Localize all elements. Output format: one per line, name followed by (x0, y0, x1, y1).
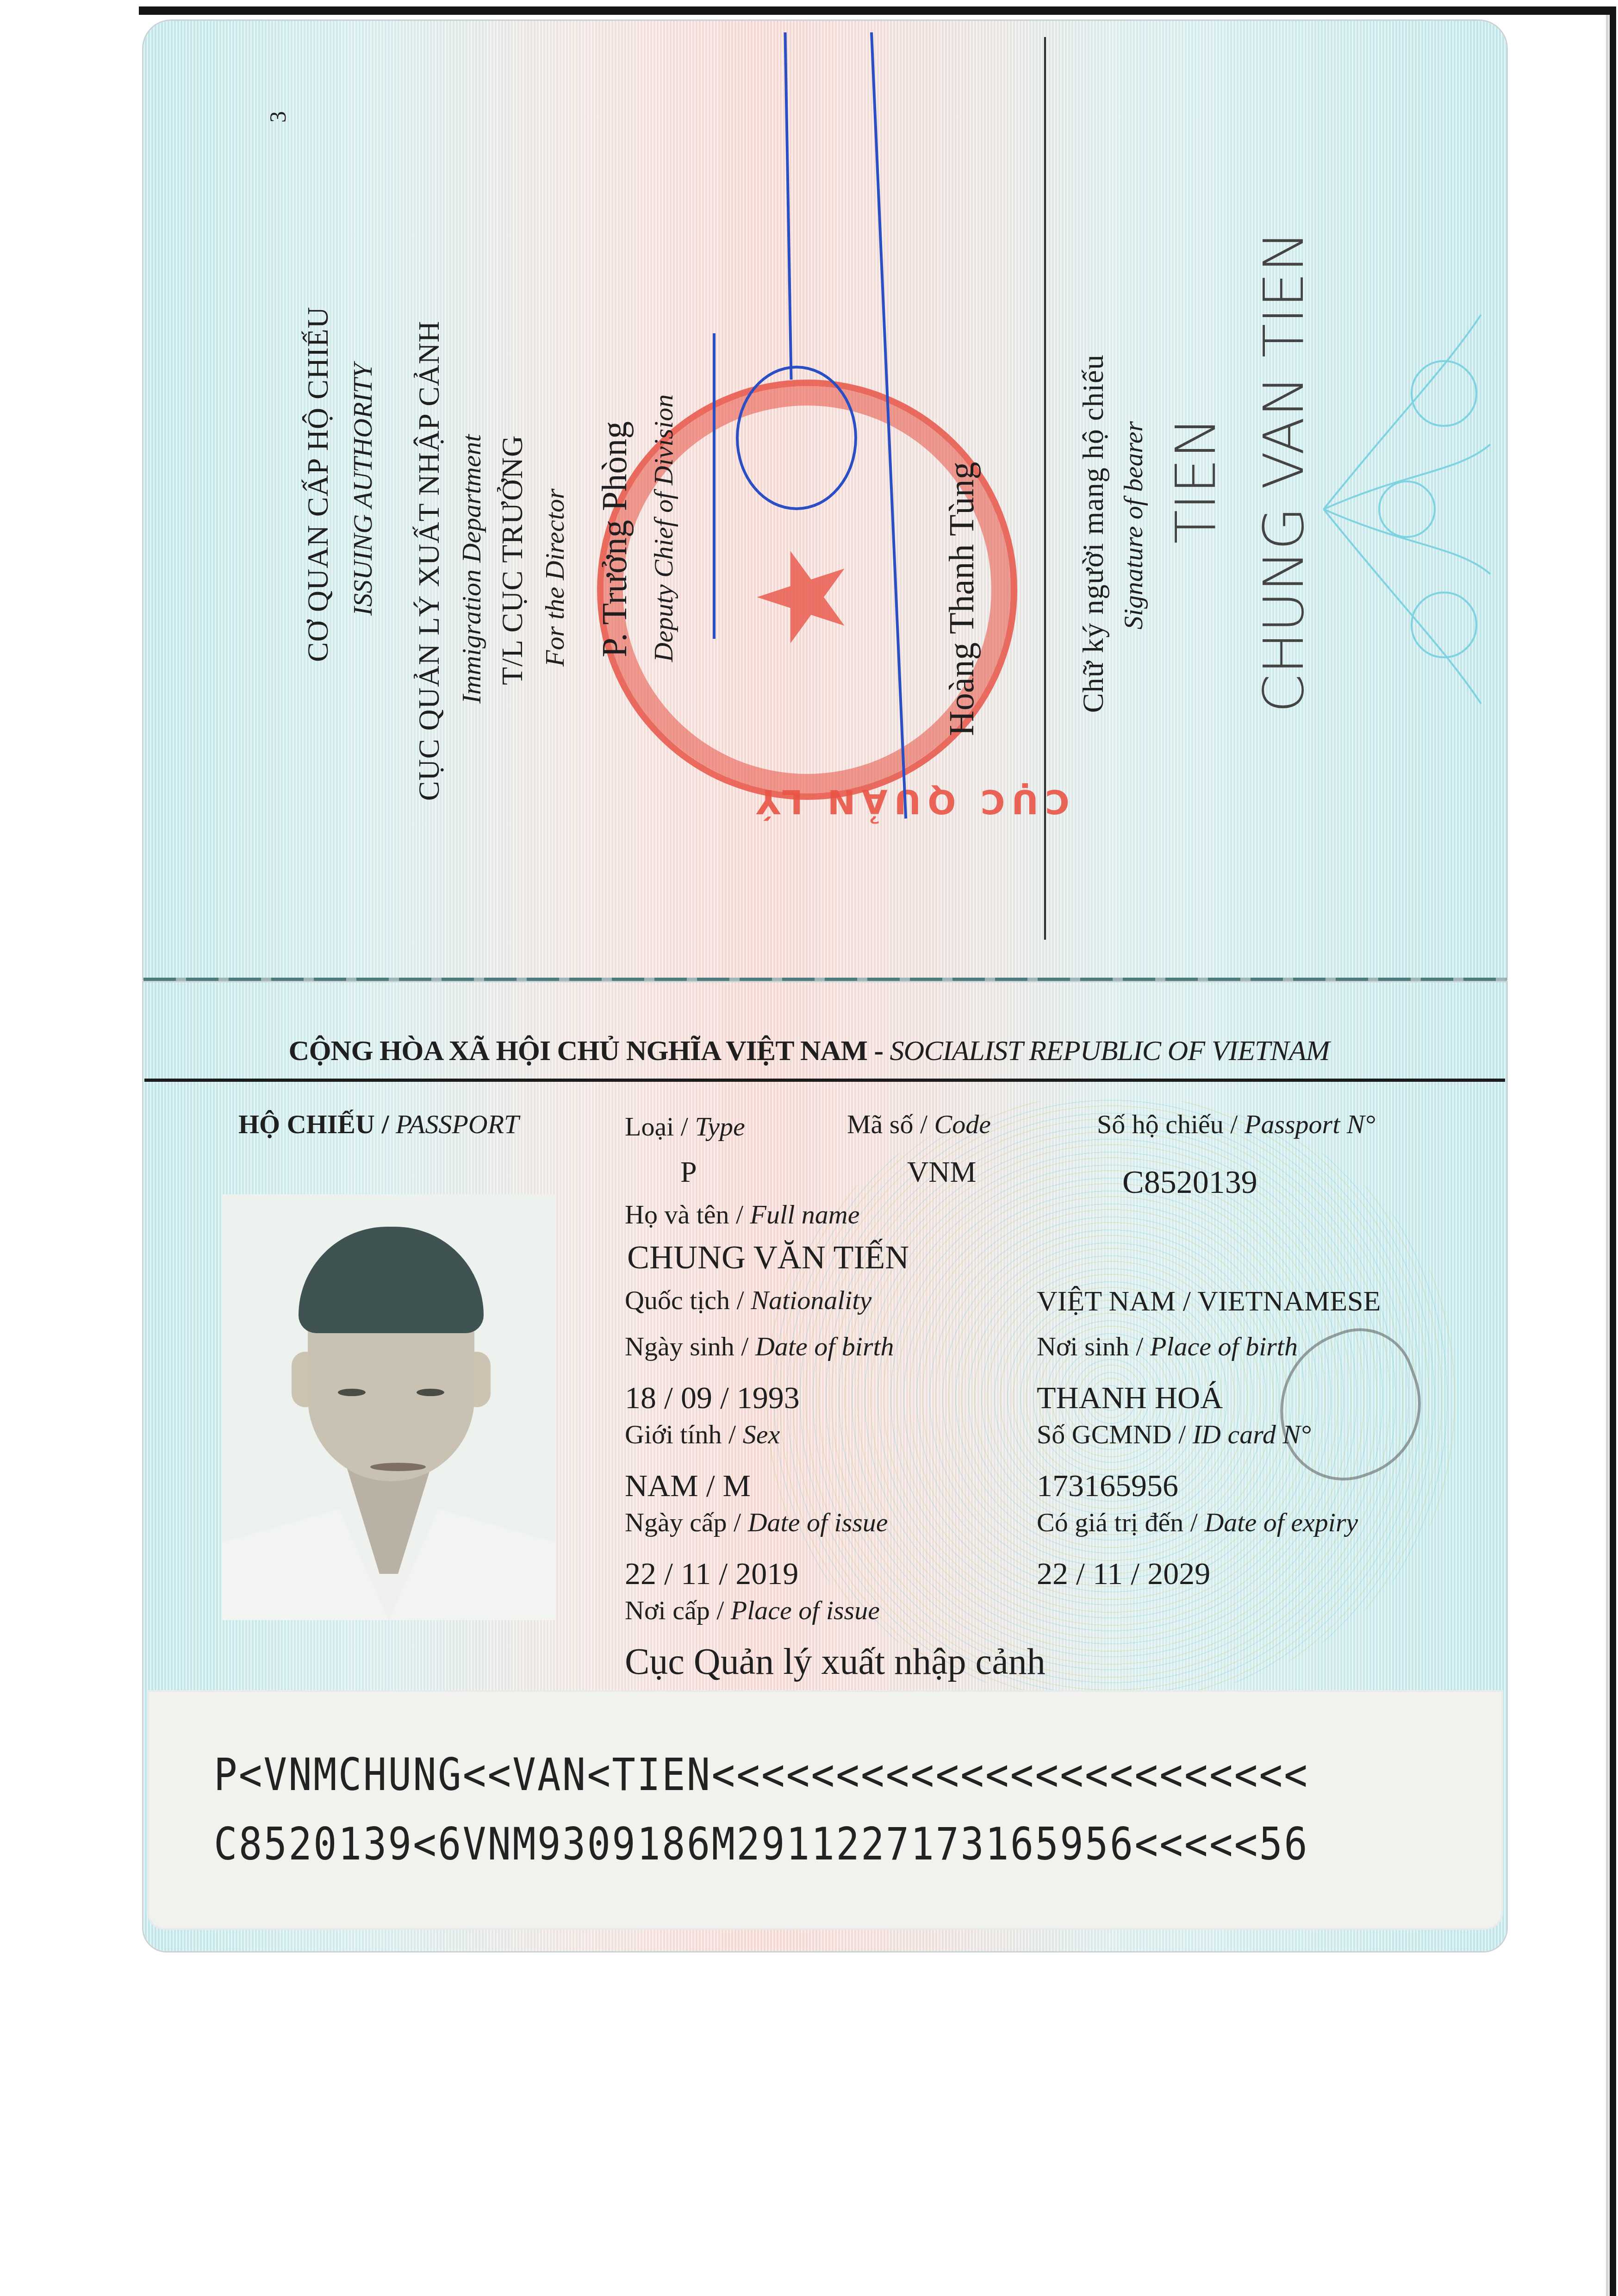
authority-name-vn: CỤC QUẢN LÝ XUẤT NHẬP CẢNH (414, 320, 444, 801)
passport-no-label: Số hộ chiếu / Passport N° (1097, 1111, 1375, 1138)
type-label: Loại / Type (625, 1113, 745, 1140)
mrz-zone (149, 1692, 1501, 1928)
place-of-birth-value: THANH HOÁ (1037, 1382, 1223, 1413)
official-title-en: Deputy Chief of Division (650, 394, 677, 662)
sex-value: NAM / M (625, 1470, 751, 1501)
bearer-signature-short: TIEN (1169, 417, 1224, 544)
country-header: CỘNG HÒA XÃ HỘI CHỦ NGHĨA VIỆT NAM - SOC… (0, 1035, 1618, 1067)
stamp-star-icon: ★ (744, 543, 864, 651)
page-number: 3 (266, 111, 289, 123)
header-rule (144, 1079, 1505, 1082)
official-title-vn: P. Trưởng Phòng (597, 421, 632, 657)
id-card-label: Số GCMND / ID card N° (1037, 1421, 1311, 1448)
document-label: HỘ CHIẾU / PASSPORT (238, 1111, 519, 1138)
lotus-watermark-icon (1305, 278, 1500, 741)
scan-border-top (139, 6, 1616, 15)
place-of-issue-value: Cục Quản lý xuất nhập cảnh (625, 1643, 1045, 1680)
on-behalf-en: For the Director (541, 489, 568, 667)
date-of-issue-value: 22 / 11 / 2019 (625, 1558, 798, 1589)
code-value: VNM (907, 1157, 976, 1187)
bearer-signature-full: CHUNG VAN TIEN (1257, 231, 1312, 713)
date-of-issue-label: Ngày cấp / Date of issue (625, 1509, 888, 1536)
nationality-value: VIỆT NAM / VIETNAMESE (1037, 1287, 1381, 1316)
place-of-issue-label: Nơi cấp / Place of issue (625, 1597, 880, 1624)
authority-label-vn: CƠ QUAN CẤP HỘ CHIẾU (303, 306, 333, 662)
mrz-line-2: C8520139<6VNM9309186M2911227173165956<<<… (214, 1822, 1309, 1866)
code-label: Mã số / Code (847, 1111, 991, 1138)
authority-label-en: ISSUING AUTHORITY (349, 363, 376, 616)
scan-border-right-shade (1606, 15, 1609, 2296)
place-of-birth-label: Nơi sinh / Place of birth (1037, 1333, 1298, 1360)
bearer-signature-label-vn: Chữ ký người mang hộ chiếu (1078, 355, 1108, 713)
id-card-value: 173165956 (1037, 1470, 1178, 1501)
passport-no-value: C8520139 (1122, 1167, 1257, 1199)
dob-label: Ngày sinh / Date of birth (625, 1333, 894, 1360)
on-behalf-vn: T/L CỤC TRƯỞNG (498, 435, 527, 685)
full-name-label: Họ và tên / Full name (625, 1201, 859, 1228)
authority-name-en: Immigration Department (458, 434, 485, 704)
mrz-line-1: P<VNMCHUNG<<VAN<TIEN<<<<<<<<<<<<<<<<<<<<… (214, 1752, 1309, 1797)
bearer-signature-label-en: Signature of bearer (1120, 421, 1147, 630)
date-of-expiry-value: 22 / 11 / 2029 (1037, 1558, 1210, 1589)
full-name-value: CHUNG VĂN TIẾN (627, 1241, 909, 1274)
scan-border-right (1610, 6, 1616, 2296)
sex-label: Giới tính / Sex (625, 1421, 780, 1448)
dob-value: 18 / 09 / 1993 (625, 1382, 800, 1413)
type-value: P (680, 1157, 697, 1187)
date-of-expiry-label: Có giá trị đến / Date of expiry (1037, 1509, 1358, 1536)
country-header-vn: CỘNG HÒA XÃ HỘI CHỦ NGHĨA VIỆT NAM - (289, 1035, 890, 1067)
holder-photo (222, 1194, 555, 1620)
official-name: Hoàng Thanh Tùng (944, 462, 979, 736)
nationality-label: Quốc tịch / Nationality (625, 1287, 871, 1314)
country-header-en: SOCIALIST REPUBLIC OF VIETNAM (890, 1035, 1330, 1067)
stamp-text: CỤC QUẢN LÝ (750, 782, 1070, 821)
